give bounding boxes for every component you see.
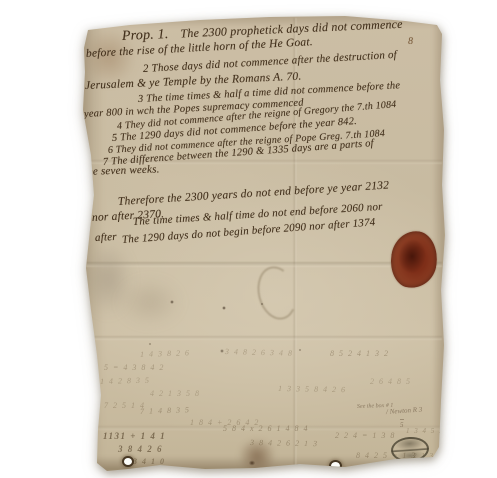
- bleed-numbers: 1 3 3 5 8 4 2 6: [278, 384, 347, 394]
- paper-hole: [331, 462, 340, 470]
- bleed-numbers: 4 7 2 5 1 4: [95, 401, 146, 410]
- right-edge-shading: [432, 20, 446, 460]
- paper-shadow-wrap: Prop. 1.The 2300 prophetick days did not…: [0, 0, 497, 478]
- bleed-numbers: 3 4 8 2 6 3 4 8: [225, 347, 294, 358]
- bleed-numbers: 3 8 4 2 6: [118, 444, 163, 454]
- pencil-note-newton-ref: / Newton R 3: [386, 405, 423, 416]
- bleed-numbers: 7 1 4 8 3 5: [140, 405, 191, 416]
- pencil-note-fraction: 5: [400, 419, 404, 429]
- bleed-numbers: 1 4 3 8 2 6: [140, 348, 191, 359]
- bleed-numbers: 8 5 2 4 1 3 2: [330, 349, 390, 358]
- bleed-numbers: 1 3 4 5 2: [406, 427, 444, 435]
- bleed-numbers: 2 6 4 8 5: [370, 377, 412, 386]
- bleed-numbers: 1 4 2 8 3 5: [100, 376, 151, 386]
- horizontal-crease-3: [88, 336, 442, 340]
- left-middle-stain-2: [118, 278, 182, 326]
- manuscript-line: the seven weeks.: [84, 163, 160, 178]
- bleed-numbers: 2 2 4 = 1 3 8: [335, 431, 396, 440]
- wax-seal-icon: [387, 228, 440, 291]
- parchment-paper: Prop. 1.The 2300 prophetick days did not…: [0, 0, 497, 478]
- paper-hole: [124, 458, 132, 465]
- bleed-numbers: 1 5 = 4 3 8 4 2: [95, 363, 165, 372]
- bleed-numbers: 3 4 1 0: [133, 457, 166, 466]
- bleed-numbers: 1131 + 1 4 1: [103, 431, 166, 441]
- bleed-numbers: 5 8 4 x 2 6 1 4 8 4: [223, 424, 309, 433]
- manuscript-line: after: [95, 231, 117, 244]
- prop-label: Prop. 1.: [122, 27, 169, 44]
- page-number: 8: [408, 36, 414, 47]
- left-middle-stain: [84, 242, 132, 316]
- center-impression-mark: [252, 262, 302, 324]
- oval-library-stamp-icon: [390, 436, 430, 464]
- manuscript-photo: Prop. 1.The 2300 prophetick days did not…: [0, 0, 497, 478]
- bleed-numbers: 3 8 4 2 6 2 1 3: [250, 438, 319, 448]
- horizontal-crease-2: [86, 262, 442, 267]
- bleed-numbers: 4 2 1 3 5 8: [150, 389, 201, 398]
